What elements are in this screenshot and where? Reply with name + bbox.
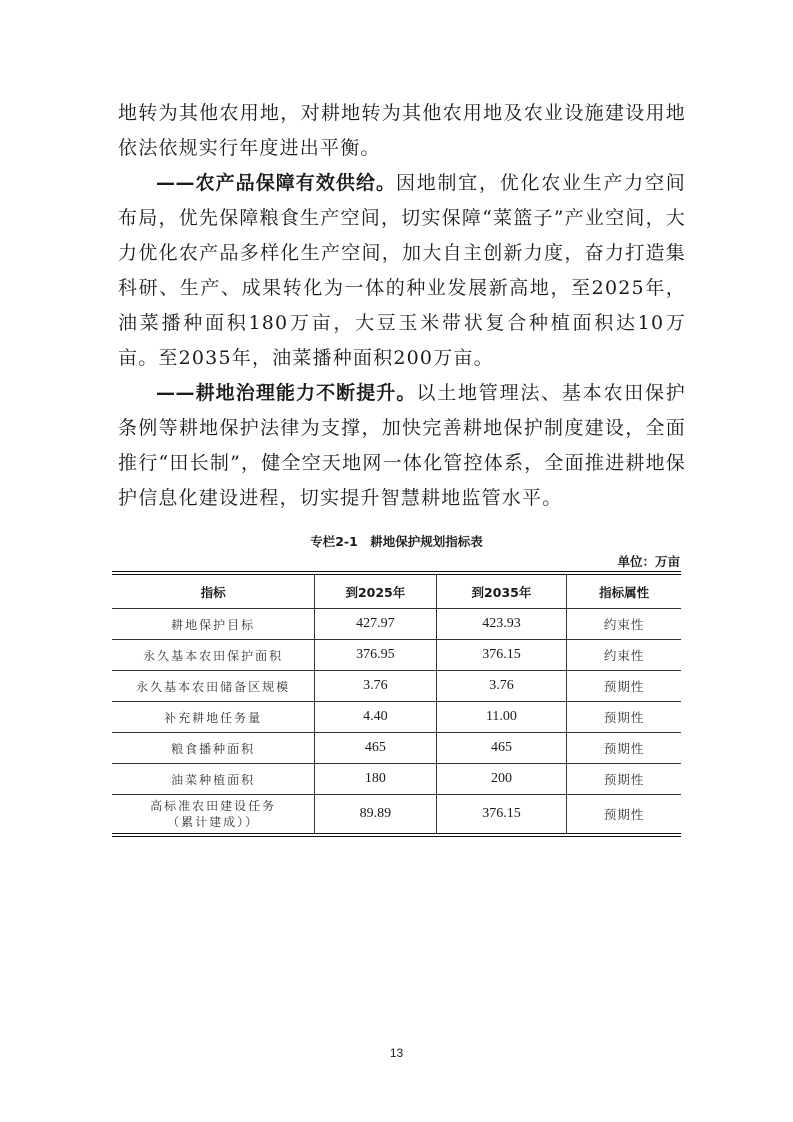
table-row: 永久基本农田储备区规模 3.76 3.76 预期性 xyxy=(112,671,681,702)
value-2035: 200 xyxy=(436,764,567,795)
value-2035: 376.15 xyxy=(436,640,567,671)
indicator-attribute: 预期性 xyxy=(567,702,681,733)
indicator-name: 补充耕地任务量 xyxy=(112,702,315,733)
header-indicator: 指标 xyxy=(112,573,315,609)
table-caption: 专栏2-1 耕地保护规划指标表 xyxy=(0,532,793,550)
table-header-row: 指标 到2025年 到2035年 指标属性 xyxy=(112,573,681,609)
value-2025: 89.89 xyxy=(315,795,436,836)
value-2025: 376.95 xyxy=(315,640,436,671)
indicator-table: 指标 到2025年 到2035年 指标属性 耕地保护目标 427.97 423.… xyxy=(112,571,681,837)
value-2025: 465 xyxy=(315,733,436,764)
header-attribute: 指标属性 xyxy=(567,573,681,609)
paragraph-agri-supply: ——农产品保障有效供给。因地制宜，优化农业生产力空间布局，优先保障粮食生产空间，… xyxy=(118,166,686,376)
value-2025: 180 xyxy=(315,764,436,795)
header-2025: 到2025年 xyxy=(315,573,436,609)
value-2035: 376.15 xyxy=(436,795,567,836)
value-2035: 3.76 xyxy=(436,671,567,702)
table-unit: 单位：万亩 xyxy=(617,552,680,570)
indicator-name: 耕地保护目标 xyxy=(112,609,315,640)
value-2025: 4.40 xyxy=(315,702,436,733)
table-row: 补充耕地任务量 4.40 11.00 预期性 xyxy=(112,702,681,733)
indicator-attribute: 预期性 xyxy=(567,733,681,764)
page-number: 13 xyxy=(0,1046,793,1060)
value-2035: 465 xyxy=(436,733,567,764)
indicator-attribute: 预期性 xyxy=(567,764,681,795)
paragraph-heading: ——农产品保障有效供给。 xyxy=(156,172,396,194)
table-row: 耕地保护目标 427.97 423.93 约束性 xyxy=(112,609,681,640)
indicator-name-line2: （累计建成）） xyxy=(112,814,314,830)
indicator-name: 永久基本农田储备区规模 xyxy=(112,671,315,702)
indicator-name: 高标准农田建设任务 （累计建成）） xyxy=(112,795,315,836)
paragraph-heading: ——耕地治理能力不断提升。 xyxy=(156,382,416,404)
header-2035: 到2035年 xyxy=(436,573,567,609)
indicator-name-line1: 高标准农田建设任务 xyxy=(112,798,314,814)
indicator-attribute: 约束性 xyxy=(567,609,681,640)
body-text: 地转为其他农用地，对耕地转为其他农用地及农业设施建设用地依法依规实行年度进出平衡… xyxy=(118,96,686,516)
value-2035: 423.93 xyxy=(436,609,567,640)
value-2025: 3.76 xyxy=(315,671,436,702)
indicator-attribute: 约束性 xyxy=(567,640,681,671)
table-row: 粮食播种面积 465 465 预期性 xyxy=(112,733,681,764)
indicator-name: 粮食播种面积 xyxy=(112,733,315,764)
paragraph-text: 地转为其他农用地，对耕地转为其他农用地及农业设施建设用地依法依规实行年度进出平衡… xyxy=(118,102,686,159)
value-2035: 11.00 xyxy=(436,702,567,733)
document-page: 地转为其他农用地，对耕地转为其他农用地及农业设施建设用地依法依规实行年度进出平衡… xyxy=(0,0,793,1122)
paragraph-land-balance: 地转为其他农用地，对耕地转为其他农用地及农业设施建设用地依法依规实行年度进出平衡… xyxy=(118,96,686,166)
indicator-attribute: 预期性 xyxy=(567,671,681,702)
table-row: 高标准农田建设任务 （累计建成）） 89.89 376.15 预期性 xyxy=(112,795,681,836)
indicator-name: 永久基本农田保护面积 xyxy=(112,640,315,671)
table-row: 油菜种植面积 180 200 预期性 xyxy=(112,764,681,795)
indicator-attribute: 预期性 xyxy=(567,795,681,836)
paragraph-governance: ——耕地治理能力不断提升。以土地管理法、基本农田保护条例等耕地保护法律为支撑，加… xyxy=(118,376,686,516)
table-row: 永久基本农田保护面积 376.95 376.15 约束性 xyxy=(112,640,681,671)
paragraph-text: 因地制宜，优化农业生产力空间布局，优先保障粮食生产空间，切实保障“菜篮子”产业空… xyxy=(118,172,686,369)
indicator-name: 油菜种植面积 xyxy=(112,764,315,795)
value-2025: 427.97 xyxy=(315,609,436,640)
